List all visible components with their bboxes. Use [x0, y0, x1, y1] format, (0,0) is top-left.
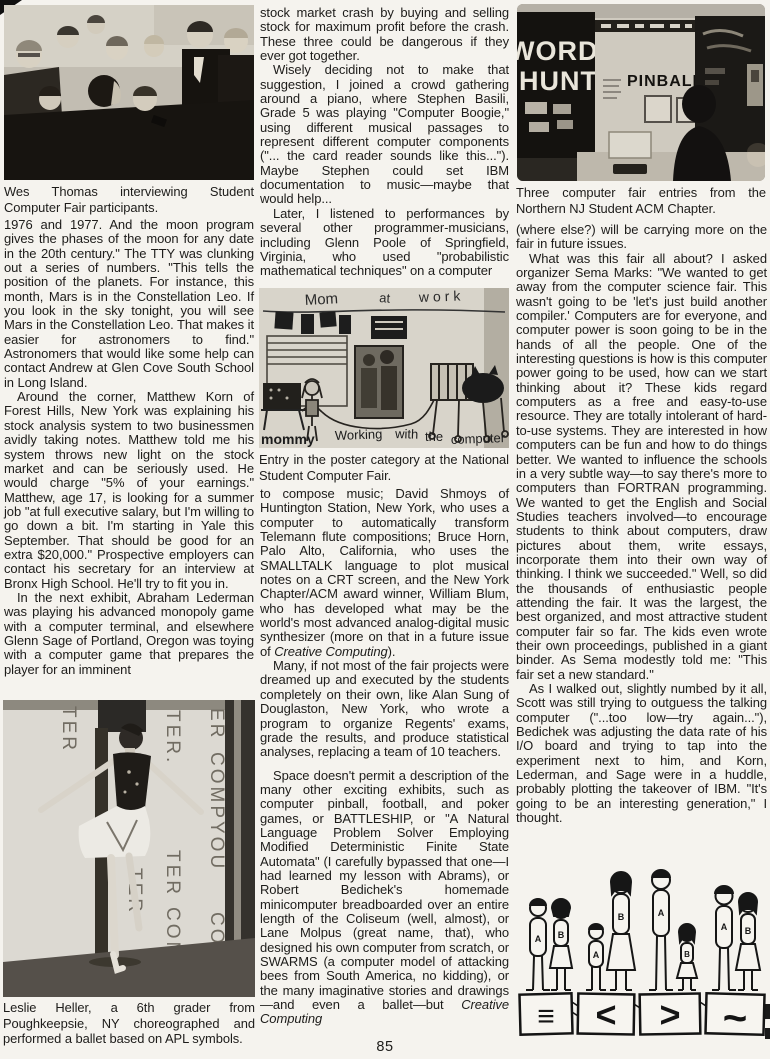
shirt-letter: B — [684, 950, 690, 959]
page-number: 85 — [260, 1039, 510, 1055]
poster-drawing-illustration: Mom at work — [259, 288, 509, 448]
drawing-word: at — [379, 290, 391, 306]
text-run: Wisely deciding not to make that suggest… — [260, 62, 509, 206]
person-figure: B — [677, 924, 697, 990]
person-figure: B — [607, 872, 635, 990]
paragraph: Many, if not most of the fair projects w… — [260, 659, 509, 759]
cartoon-people: A B A — [526, 870, 760, 990]
backdrop-word: TER — [58, 706, 79, 753]
paragraph: Later, I listened to performances by sev… — [260, 207, 509, 279]
backdrop-word: TER. — [162, 710, 183, 765]
drawing-word: work — [418, 288, 465, 305]
backdrop-word: ER — [206, 708, 227, 740]
ballet-photo: TER ER COMPYOU COMPY TER. TER COMPY COMP… — [3, 700, 255, 997]
shirt-letter: B — [558, 930, 565, 940]
backdrop-word: COMPYOU — [206, 752, 227, 871]
apl-symbol-less-than: < — [595, 994, 616, 1035]
person-figure: A — [526, 899, 550, 990]
shirt-letter: B — [745, 926, 752, 936]
text-run: 1976 and 1977. And the moon program give… — [4, 217, 254, 390]
text-run: What was this fair all about? I asked or… — [516, 251, 767, 682]
crowd-photo-illustration — [4, 5, 254, 180]
text-run: to compose music; David Shmoys of Huntin… — [260, 486, 509, 659]
apl-cartoon: ≡ < > ~ A B — [514, 862, 766, 1040]
shirt-letter: A — [593, 950, 600, 960]
italic-text-run: Creative Computing — [274, 644, 387, 659]
text-run: ). — [388, 644, 396, 659]
text-run: Later, I listened to performances by sev… — [260, 206, 509, 278]
ballet-photo-illustration: TER ER COMPYOU COMPY TER. TER COMPY COMP… — [3, 700, 255, 997]
word-hunt-line: HUNT — [519, 66, 598, 96]
paragraph: In the next exhibit, Abraham Lederman wa… — [4, 591, 254, 677]
article-column-middle-bottom: to compose music; David Shmoys of Huntin… — [260, 487, 509, 1027]
paragraph: (where else?) will be carrying more on t… — [516, 223, 767, 252]
paragraph: 1976 and 1977. And the moon program give… — [4, 218, 254, 390]
article-column-left: 1976 and 1977. And the moon program give… — [4, 218, 254, 677]
text-run: In the next exhibit, Abraham Lederman wa… — [4, 590, 254, 677]
fair-photo-illustration: WORD HUNT PINBALL — [517, 4, 765, 181]
ballet-photo-caption: Leslie Heller, a 6th grader from Poughke… — [3, 1000, 255, 1047]
backdrop-word: TER — [162, 850, 183, 897]
shirt-letter: A — [535, 934, 542, 944]
drawing-word: computer — [451, 430, 506, 447]
text-run: Many, if not most of the fair projects w… — [260, 658, 509, 759]
crowd-photo-caption: Wes Thomas interviewing Student Computer… — [4, 184, 254, 215]
apl-symbol-greater-than: > — [659, 994, 680, 1035]
shirt-letter: A — [658, 908, 665, 918]
shirt-letter: A — [721, 922, 728, 932]
fair-photo: WORD HUNT PINBALL — [517, 4, 765, 181]
text-run: (where else?) will be carrying more on t… — [516, 222, 767, 251]
drawing-word: mommy — [261, 431, 315, 447]
paragraph: Around the corner, Matthew Korn of Fores… — [4, 390, 254, 591]
person-figure: A — [649, 870, 673, 990]
person-figure: B — [736, 893, 760, 990]
word-hunt-line: WORD — [517, 36, 598, 66]
poster-drawing-photo: Mom at work — [259, 288, 509, 448]
paragraph: Wisely deciding not to make that suggest… — [260, 63, 509, 206]
drawing-framed-picture — [355, 346, 403, 418]
drawing-word: the — [425, 429, 443, 444]
paragraph: to compose music; David Shmoys of Huntin… — [260, 487, 509, 659]
paragraph: stock market crash by buying and selling… — [260, 6, 509, 63]
drawing-word: Working — [335, 426, 383, 443]
text-run: Around the corner, Matthew Korn of Fores… — [4, 389, 254, 590]
apl-symbol-tilde: ~ — [723, 994, 748, 1040]
article-column-middle-top: stock market crash by buying and selling… — [260, 6, 509, 279]
drawing-word: Mom — [304, 290, 338, 309]
text-run: stock market crash by buying and selling… — [260, 5, 509, 63]
article-column-right: (where else?) will be carrying more on t… — [516, 223, 767, 825]
paragraph: What was this fair all about? I asked or… — [516, 252, 767, 682]
person-figure: B — [550, 899, 572, 990]
paragraph: Space doesn't permit a description of th… — [260, 769, 509, 1027]
word-hunt-sign: WORD HUNT — [517, 12, 598, 158]
magazine-page: Wes Thomas interviewing Student Computer… — [0, 0, 770, 1059]
apl-cartoon-illustration: ≡ < > ~ A B — [514, 862, 766, 1040]
text-run: Space doesn't permit a description of th… — [260, 768, 509, 1013]
text-run: As I walked out, slightly numbed by it a… — [516, 681, 767, 825]
fair-photo-caption: Three computer fair entries from the Nor… — [516, 185, 766, 216]
apl-symbol-equal: ≡ — [537, 1000, 555, 1033]
drawing-word: with — [394, 426, 419, 442]
crowd-photo — [4, 5, 254, 180]
paragraph: As I walked out, slightly numbed by it a… — [516, 682, 767, 825]
person-figure: A — [586, 924, 606, 990]
shirt-letter: B — [618, 912, 625, 922]
poster-photo-caption: Entry in the poster category at the Nati… — [259, 452, 509, 483]
person-figure: A — [712, 886, 736, 990]
